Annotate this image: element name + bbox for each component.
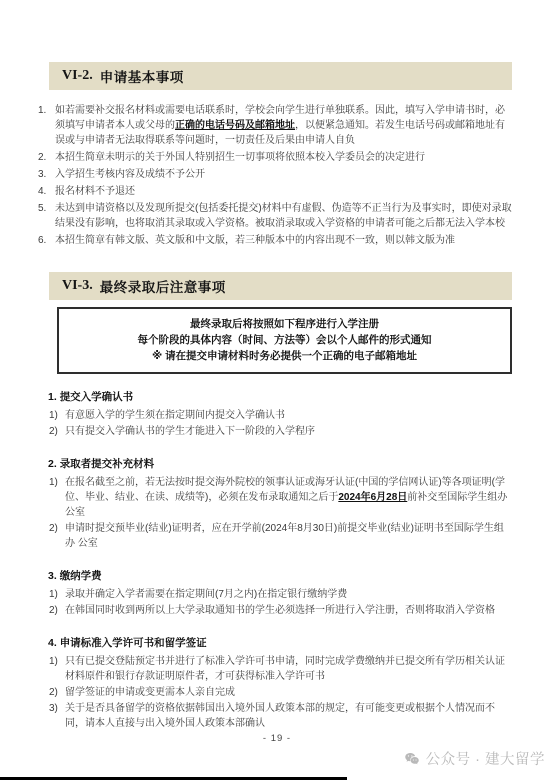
text-segment: 留学签证的申请或变更需本人亲自完成	[65, 687, 235, 698]
section-label: VI-2.	[62, 68, 93, 84]
page-number: - 19 -	[0, 733, 554, 744]
procedure-subitem: 1)只有已提交登陆预定书并进行了标准入学许可书申请，同时完成学费缴纳并已提交所有…	[48, 654, 512, 684]
procedure-heading: 2. 录取者提交补充材料	[48, 456, 512, 472]
text-segment: 录取并确定入学者需要在指定期间(7月之内)在指定银行缴纳学费	[65, 589, 347, 600]
item-number: 1.	[38, 103, 46, 118]
section-header-vi3: VI-3. 最终录取后注意事项	[49, 272, 512, 300]
item-number: 6.	[38, 233, 46, 248]
emphasized-text: 正确的电话号码及邮箱地址	[175, 120, 295, 131]
procedures-list: 1. 提交入学确认书1)有意愿入学的学生须在指定期间内提交入学确认书2)只有提交…	[48, 389, 512, 731]
procedure-number: 1.	[48, 391, 60, 403]
list-item: 1.如若需要补交报名材料或需要电话联系时，学校会向学生进行单独联系。因此，填写入…	[38, 103, 512, 148]
procedure-subitems: 1)有意愿入学的学生须在指定期间内提交入学确认书2)只有提交入学确认书的学生才能…	[48, 408, 512, 439]
section-title: 最终录取后注意事项	[100, 276, 226, 296]
procedure-subitem: 2)只有提交入学确认书的学生才能进入下一阶段的入学程序	[48, 424, 512, 439]
procedure-section: 4. 申请标准入学许可书和留学签证1)只有已提交登陆预定书并进行了标准入学许可书…	[48, 635, 512, 731]
procedure-subitem: 2)留学签证的申请或变更需本人亲自完成	[48, 685, 512, 700]
watermark-text: 公众号 · 建大留学	[426, 748, 545, 769]
procedure-number: 4.	[48, 637, 60, 649]
text-segment: 未达到申请资格以及发现所提交(包括委托提交)材料中有虚假、伪造等不正当行为及事实…	[55, 203, 512, 229]
subitem-number: 2)	[49, 685, 58, 700]
procedure-number: 3.	[48, 570, 60, 582]
text-segment: 申请时提交预毕业(结业)证明者，应在开学前(2024年8月30日)前提交毕业(结…	[65, 523, 504, 549]
subitem-number: 3)	[49, 701, 58, 716]
procedure-section: 3. 缴纳学费1)录取并确定入学者需要在指定期间(7月之内)在指定银行缴纳学费2…	[48, 568, 512, 618]
subitem-number: 1)	[49, 408, 58, 423]
notice-line: ※ 请在提交申请材料时务必提供一个正确的电子邮箱地址	[69, 348, 500, 364]
list-item: 6.本招生简章有韩文版、英文版和中文版，若三种版本中的内容出现不一致，则以韩文版…	[38, 233, 512, 248]
text-segment: 有意愿入学的学生须在指定期间内提交入学确认书	[65, 410, 285, 421]
text-segment: 只有提交入学确认书的学生才能进入下一阶段的入学程序	[65, 426, 315, 437]
procedure-subitem: 1)录取并确定入学者需要在指定期间(7月之内)在指定银行缴纳学费	[48, 587, 512, 602]
subitem-number: 1)	[49, 475, 58, 490]
section-header-vi2: VI-2. 申请基本事项	[49, 62, 512, 90]
list-item: 4.报名材料不予退还	[38, 184, 512, 199]
text-segment: 入学招生考核内容及成绩不予公开	[55, 169, 205, 180]
procedure-subitems: 1)录取并确定入学者需要在指定期间(7月之内)在指定银行缴纳学费2)在韩国同时收…	[48, 587, 512, 618]
subitem-number: 2)	[49, 424, 58, 439]
procedure-subitem: 2)在韩国同时收到两所以上大学录取通知书的学生必须选择一所进行入学注册，否则将取…	[48, 603, 512, 618]
item-number: 3.	[38, 167, 46, 182]
procedure-title: 缴纳学费	[60, 570, 102, 582]
procedure-section: 1. 提交入学确认书1)有意愿入学的学生须在指定期间内提交入学确认书2)只有提交…	[48, 389, 512, 439]
procedure-subitems: 1)只有已提交登陆预定书并进行了标准入学许可书申请，同时完成学费缴纳并已提交所有…	[48, 654, 512, 731]
text-segment: 本招生简章有韩文版、英文版和中文版，若三种版本中的内容出现不一致，则以韩文版为准	[55, 235, 455, 246]
emphasized-text: 2024年6月28日	[338, 492, 407, 503]
item-number: 5.	[38, 201, 46, 216]
text-segment: 本招生简章未明示的关于外国人特别招生一切事项将依照本校入学委员会的决定进行	[55, 152, 425, 163]
procedure-subitem: 1)有意愿入学的学生须在指定期间内提交入学确认书	[48, 408, 512, 423]
item-number: 2.	[38, 150, 46, 165]
vi2-item-list: 1.如若需要补交报名材料或需要电话联系时，学校会向学生进行单独联系。因此，填写入…	[38, 103, 512, 248]
procedure-title: 提交入学确认书	[60, 391, 134, 403]
list-item: 2.本招生简章未明示的关于外国人特别招生一切事项将依照本校入学委员会的决定进行	[38, 150, 512, 165]
procedure-title: 申请标准入学许可书和留学签证	[60, 637, 207, 649]
section-label: VI-3.	[62, 278, 93, 294]
procedure-subitem: 1)在报名截至之前，若无法按时提交海外院校的领事认证或海牙认证(中国的学信网认证…	[48, 475, 512, 520]
list-item: 5.未达到申请资格以及发现所提交(包括委托提交)材料中有虚假、伪造等不正当行为及…	[38, 201, 512, 231]
text-segment: 报名材料不予退还	[55, 186, 135, 197]
procedure-subitem: 2)申请时提交预毕业(结业)证明者，应在开学前(2024年8月30日)前提交毕业…	[48, 521, 512, 551]
procedure-heading: 4. 申请标准入学许可书和留学签证	[48, 635, 512, 651]
list-item: 3.入学招生考核内容及成绩不予公开	[38, 167, 512, 182]
procedure-heading: 1. 提交入学确认书	[48, 389, 512, 405]
procedure-number: 2.	[48, 458, 60, 470]
subitem-number: 2)	[49, 603, 58, 618]
text-segment: 关于是否具备留学的资格依据韩国出入境外国人政策本部的规定，有可能变更或根据个人情…	[65, 703, 495, 729]
wechat-icon	[403, 750, 421, 768]
notice-box: 最终录取后将按照如下程序进行入学注册每个阶段的具体内容（时间、方法等）会以个人邮…	[57, 307, 512, 374]
watermark: 公众号 · 建大留学	[403, 748, 545, 769]
item-number: 4.	[38, 184, 46, 199]
procedure-heading: 3. 缴纳学费	[48, 568, 512, 584]
section-title: 申请基本事项	[100, 66, 184, 86]
procedure-title: 录取者提交补充材料	[60, 458, 155, 470]
procedure-section: 2. 录取者提交补充材料1)在报名截至之前，若无法按时提交海外院校的领事认证或海…	[48, 456, 512, 551]
subitem-number: 1)	[49, 654, 58, 669]
notice-line: 最终录取后将按照如下程序进行入学注册	[69, 316, 500, 332]
subitem-number: 2)	[49, 521, 58, 536]
subitem-number: 1)	[49, 587, 58, 602]
procedure-subitems: 1)在报名截至之前，若无法按时提交海外院校的领事认证或海牙认证(中国的学信网认证…	[48, 475, 512, 551]
text-segment: 只有已提交登陆预定书并进行了标准入学许可书申请，同时完成学费缴纳并已提交所有学历…	[65, 656, 505, 682]
notice-line: 每个阶段的具体内容（时间、方法等）会以个人邮件的形式通知	[69, 332, 500, 348]
text-segment: 在韩国同时收到两所以上大学录取通知书的学生必须选择一所进行入学注册，否则将取消入…	[65, 605, 495, 616]
procedure-subitem: 3)关于是否具备留学的资格依据韩国出入境外国人政策本部的规定，有可能变更或根据个…	[48, 701, 512, 731]
